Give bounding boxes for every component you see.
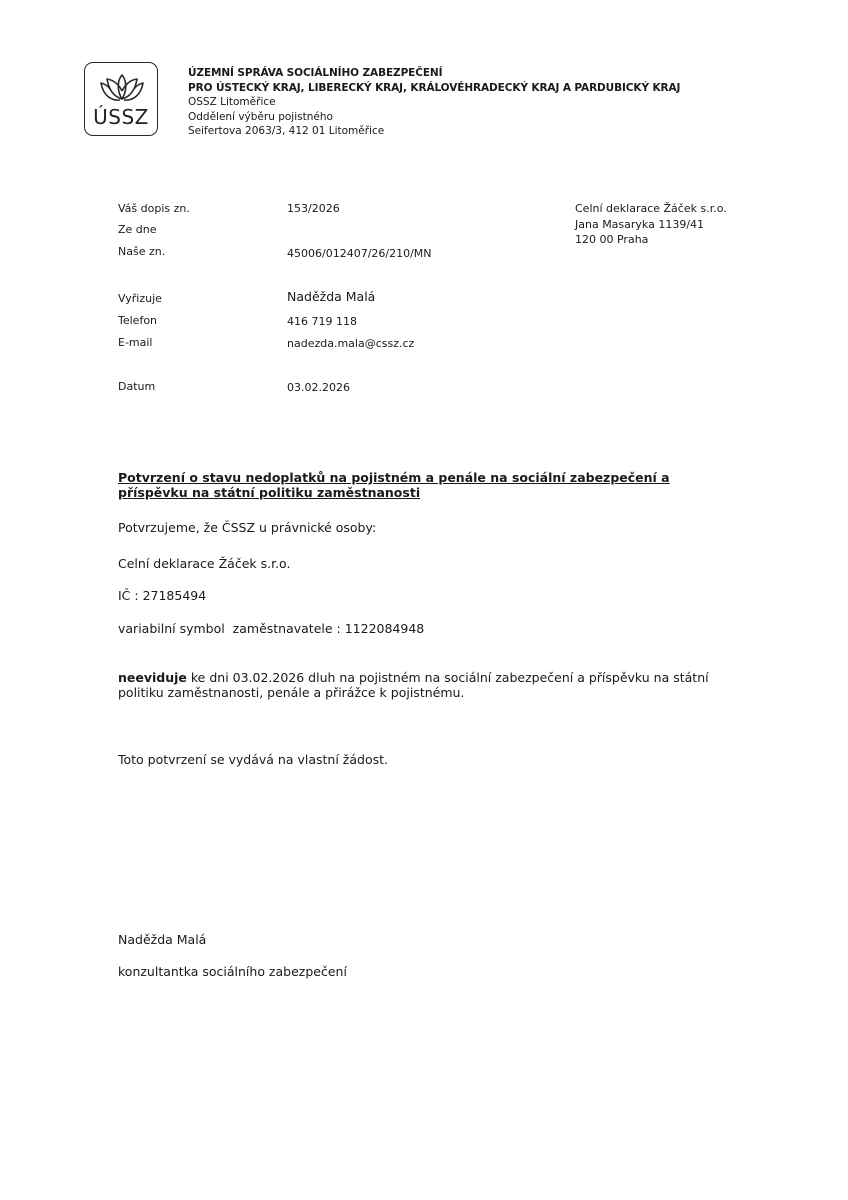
org-office: OSSZ Litoměřice xyxy=(188,95,680,110)
organization-header: ÚZEMNÍ SPRÁVA SOCIÁLNÍHO ZABEZPEČENÍ PRO… xyxy=(188,66,680,139)
lotus-icon xyxy=(99,71,145,105)
variable-symbol: variabilní symbol zaměstnavatele : 11220… xyxy=(118,621,424,636)
email-label: E-mail xyxy=(118,336,153,350)
handled-by-label: Vyřizuje xyxy=(118,292,162,306)
your-letter-label: Váš dopis zn. xyxy=(118,202,190,216)
closing-text: Toto potvrzení se vydává na vlastní žádo… xyxy=(118,752,388,767)
logo-wordmark: ÚSSZ xyxy=(85,105,157,129)
recipient-name: Celní deklarace Žáček s.r.o. xyxy=(575,201,727,217)
org-department: Oddělení výběru pojistného xyxy=(188,110,680,125)
org-address: Seifertova 2063/3, 412 01 Litoměřice xyxy=(188,124,680,139)
signatory-name: Naděžda Malá xyxy=(118,932,206,947)
phone-label: Telefon xyxy=(118,314,157,328)
letter-page: ÚSSZ ÚZEMNÍ SPRÁVA SOCIÁLNÍHO ZABEZPEČEN… xyxy=(0,0,848,1200)
our-ref-value: 45006/012407/26/210/MN xyxy=(287,247,432,261)
document-title: Potvrzení o stavu nedoplatků na pojistné… xyxy=(118,470,738,500)
statement-paragraph: neeviduje ke dni 03.02.2026 dluh na poji… xyxy=(118,670,748,700)
date-label: Datum xyxy=(118,380,155,394)
handled-by-value: Naděžda Malá xyxy=(287,290,375,304)
intro-text: Potvrzujeme, že ČSSZ u právnické osoby: xyxy=(118,520,376,535)
recipient-address: Celní deklarace Žáček s.r.o. Jana Masary… xyxy=(575,201,727,248)
recipient-city: 120 00 Praha xyxy=(575,232,727,248)
statement-bold: neeviduje xyxy=(118,670,187,685)
email-value: nadezda.mala@cssz.cz xyxy=(287,337,414,351)
date-value: 03.02.2026 xyxy=(287,381,350,395)
phone-value: 416 719 118 xyxy=(287,315,357,329)
dated-label: Ze dne xyxy=(118,223,157,237)
ussz-logo: ÚSSZ xyxy=(84,62,158,136)
company-name: Celní deklarace Žáček s.r.o. xyxy=(118,556,290,571)
org-name-line2: PRO ÚSTECKÝ KRAJ, LIBERECKÝ KRAJ, KRÁLOV… xyxy=(188,81,680,96)
company-ico: IČ : 27185494 xyxy=(118,588,206,603)
recipient-street: Jana Masaryka 1139/41 xyxy=(575,217,727,233)
your-letter-value: 153/2026 xyxy=(287,202,340,216)
signatory-role: konzultantka sociálního zabezpečení xyxy=(118,964,347,979)
org-name-line1: ÚZEMNÍ SPRÁVA SOCIÁLNÍHO ZABEZPEČENÍ xyxy=(188,66,680,81)
statement-text: ke dni 03.02.2026 dluh na pojistném na s… xyxy=(118,670,709,700)
our-ref-label: Naše zn. xyxy=(118,245,165,259)
